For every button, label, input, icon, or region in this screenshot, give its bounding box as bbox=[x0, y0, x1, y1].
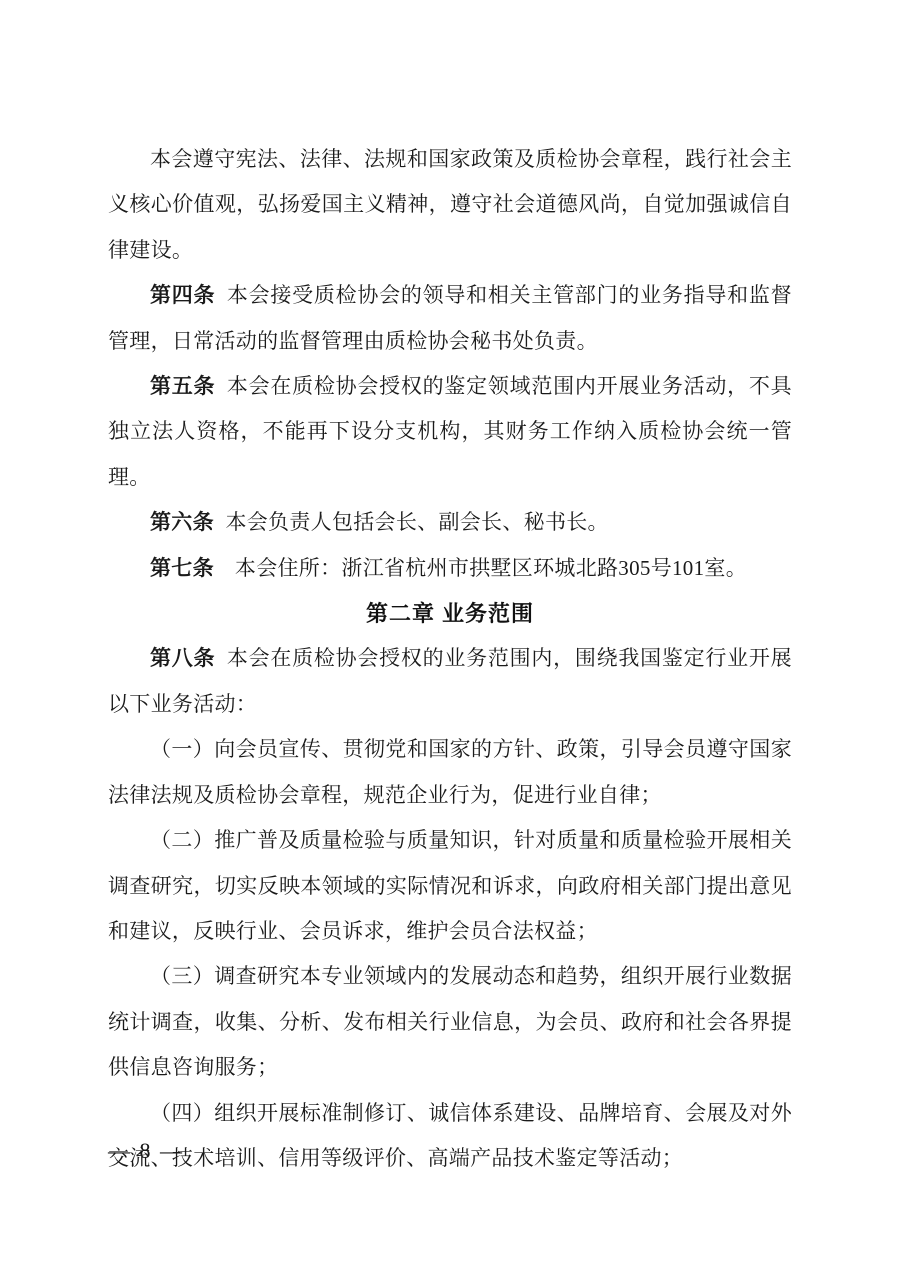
page-number: — 8 — bbox=[108, 1138, 184, 1164]
paragraph-article-8: 第八条本会在质检协会授权的业务范围内，围绕我国鉴定行业开展以下业务活动： bbox=[108, 636, 792, 727]
paragraph-article-6: 第六条本会负责人包括会长、副会长、秘书长。 bbox=[108, 500, 792, 545]
paragraph-item-1: （一）向会员宣传、贯彻党和国家的方针、政策，引导会员遵守国家法律法规及质检协会章… bbox=[108, 727, 792, 818]
paragraph-item-2: （二）推广普及质量检验与质量知识，针对质量和质量检验开展相关调查研究，切实反映本… bbox=[108, 818, 792, 954]
paragraph-article-5: 第五条本会在质检协会授权的鉴定领域范围内开展业务活动，不具独立法人资格，不能再下… bbox=[108, 364, 792, 500]
article-7-label: 第七条 bbox=[150, 557, 214, 580]
article-7-text: 本会住所：浙江省杭州市拱墅区环城北路305号101室。 bbox=[235, 556, 747, 580]
article-4-label: 第四条 bbox=[150, 284, 215, 307]
document-body: 本会遵守宪法、法律、法规和国家政策及质检协会章程，践行社会主义核心价值观，弘扬爱… bbox=[108, 137, 792, 1181]
paragraph-article-4: 第四条本会接受质检协会的领导和相关主管部门的业务指导和监督管理，日常活动的监督管… bbox=[108, 273, 792, 364]
chapter-heading: 第二章 业务范围 bbox=[108, 591, 792, 636]
article-5-label: 第五条 bbox=[150, 375, 215, 398]
article-8-label: 第八条 bbox=[150, 647, 215, 670]
article-6-text: 本会负责人包括会长、副会长、秘书长。 bbox=[225, 510, 608, 534]
paragraph-preamble: 本会遵守宪法、法律、法规和国家政策及质检协会章程，践行社会主义核心价值观，弘扬爱… bbox=[108, 137, 792, 273]
article-6-label: 第六条 bbox=[150, 511, 214, 534]
paragraph-article-7: 第七条本会住所：浙江省杭州市拱墅区环城北路305号101室。 bbox=[108, 546, 792, 591]
paragraph-item-3: （三）调查研究本专业领域内的发展动态和趋势，组织开展行业数据统计调查，收集、分析… bbox=[108, 954, 792, 1090]
document-page: 本会遵守宪法、法律、法规和国家政策及质检协会章程，践行社会主义核心价值观，弘扬爱… bbox=[0, 0, 900, 1273]
paragraph-item-4: （四）组织开展标准制修订、诚信体系建设、品牌培育、会展及对外交流、技术培训、信用… bbox=[108, 1091, 792, 1182]
